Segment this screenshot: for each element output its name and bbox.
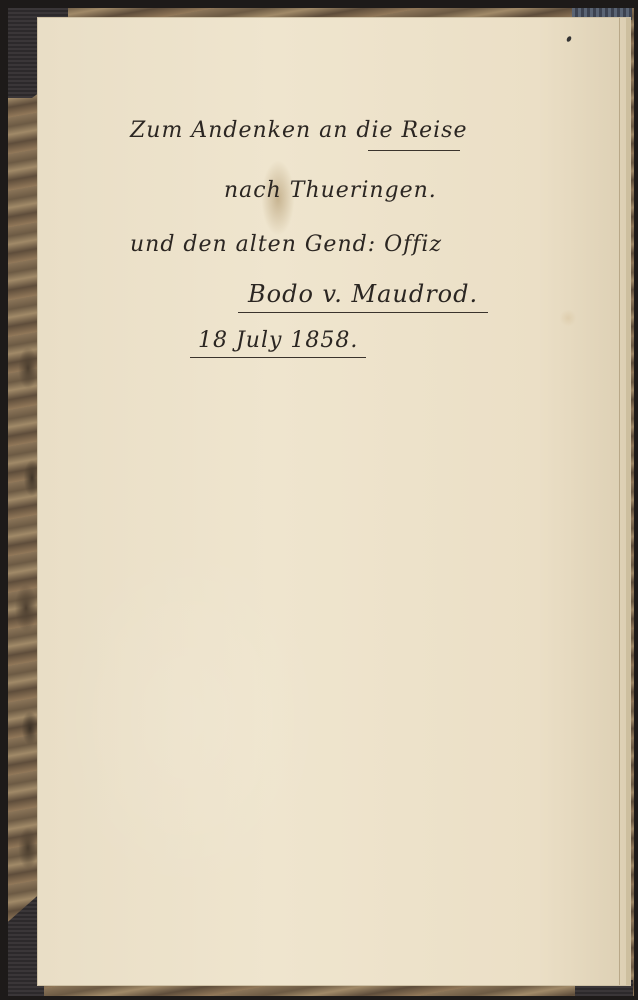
inscription-date: 18 July 1858.: [190, 328, 366, 358]
inscription-line-2: nach Thueringen.: [224, 178, 437, 203]
gutter-line: [619, 18, 620, 985]
inscription-flourish: [368, 150, 460, 151]
ink-spot: [566, 35, 572, 42]
inscription-line-3: und den alten Gend: Offiz: [130, 232, 442, 257]
inscription-line-1: Zum Andenken an die Reise: [130, 118, 468, 143]
flyleaf-page: Zum Andenken an die Reise nach Thueringe…: [38, 18, 630, 985]
signature: Bodo v. Maudrod.: [238, 280, 488, 313]
